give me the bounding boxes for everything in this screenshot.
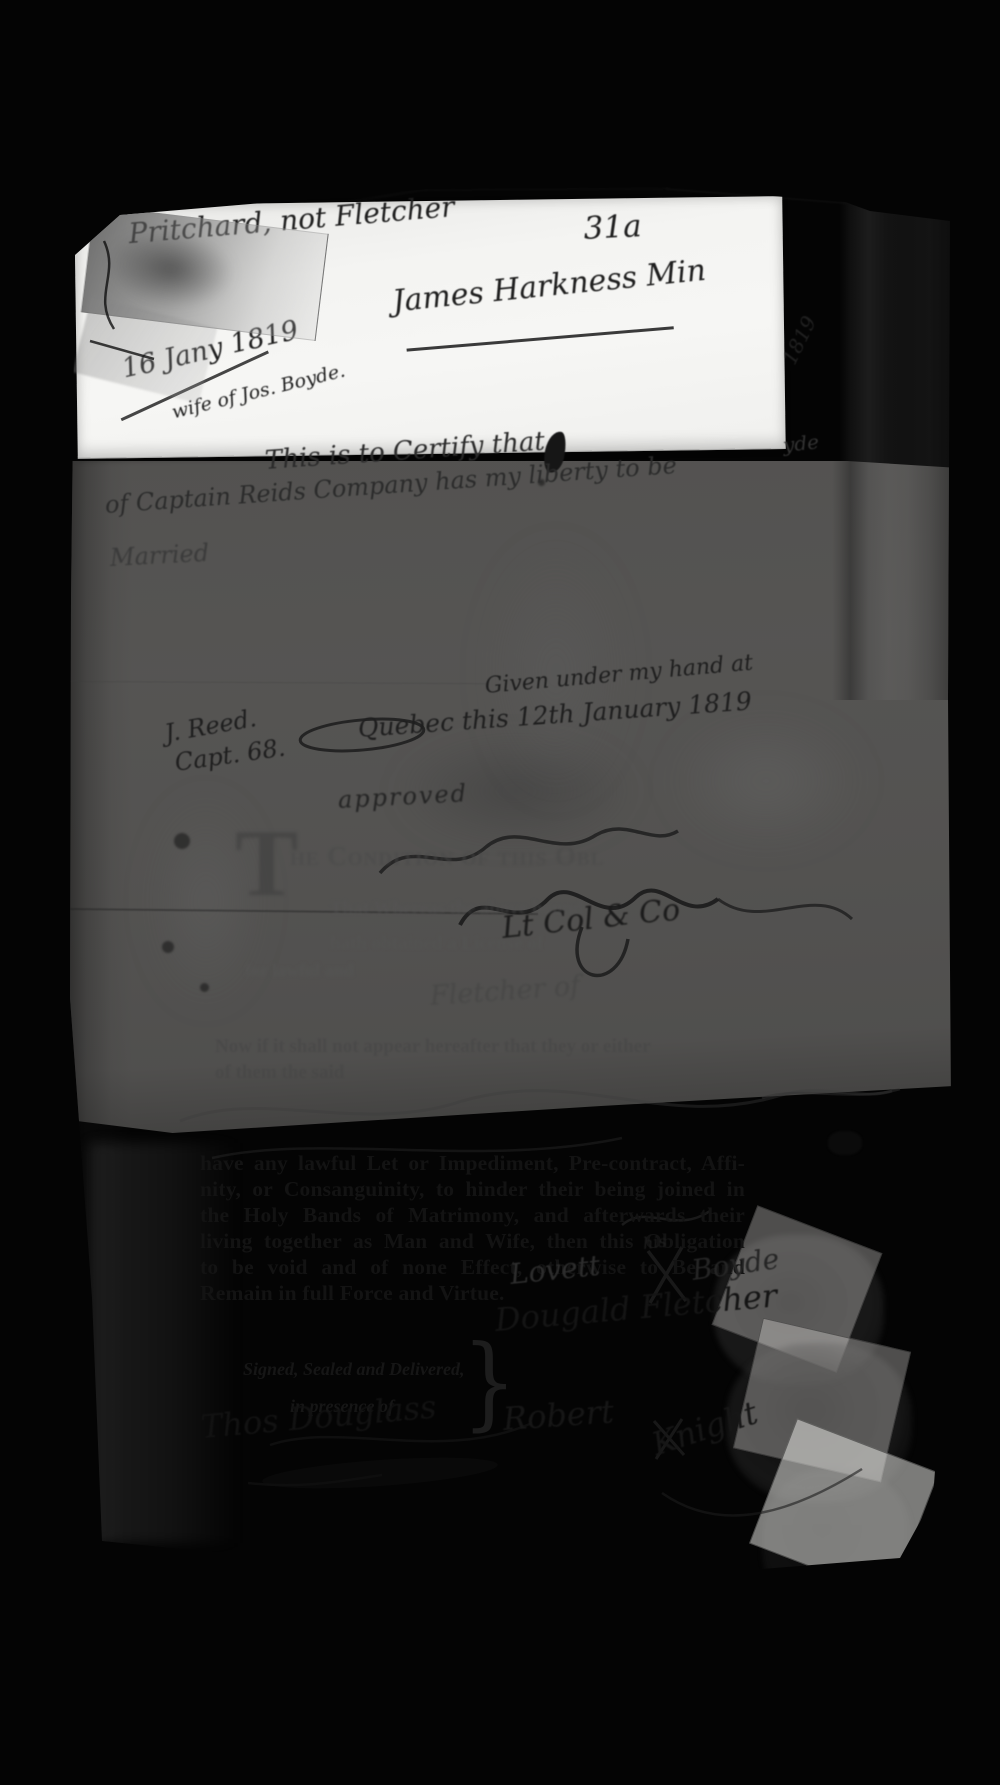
approval-flourish-tail <box>718 899 852 919</box>
signed-sealed-line: Signed, Sealed and Delivered, <box>243 1359 464 1380</box>
whereas-fragment: That Whereas the above bound <box>330 898 584 920</box>
ghost-scrawl-row <box>180 1091 892 1121</box>
obligation-paragraph: have any lawful Let or Impediment, Pre-c… <box>200 1150 745 1306</box>
ink-blot-douglass <box>261 1452 498 1494</box>
lawful-fragment: for lawful and <box>245 960 354 981</box>
now-fragment-2: of them the said <box>215 1062 344 1084</box>
tape-scribble <box>90 241 154 359</box>
groom-his-note: his <box>642 1232 667 1253</box>
obligation-line: the Holy Bands of Matrimony, and afterwa… <box>200 1202 745 1228</box>
married-word: Married <box>109 539 209 572</box>
condition-dropcap: T <box>235 823 298 904</box>
knight-tail <box>662 1469 862 1515</box>
scanned-document-photo: { "doc": { "slip": { "docket_title": "Pr… <box>0 0 1000 1785</box>
now-fragment-1: Now if it shall not appear hereafter tha… <box>215 1036 651 1058</box>
witness-robert-given-signature: Robert <box>502 1392 615 1438</box>
document-page: Pritchard, not Fletcher 31a James Harkne… <box>62 183 957 1578</box>
obligation-line: nity, or Consanguinity, to hinder their … <box>200 1176 745 1202</box>
condition-heading: he Condition of this Obl <box>290 841 604 872</box>
license-fragment: hath obtained a License of <box>330 933 543 955</box>
obligation-line: have any lawful Let or Impediment, Pre-c… <box>200 1150 745 1176</box>
obligation-line: to be void and of none Effect, otherwise… <box>200 1254 745 1280</box>
certify-fragment: yde <box>782 429 820 457</box>
